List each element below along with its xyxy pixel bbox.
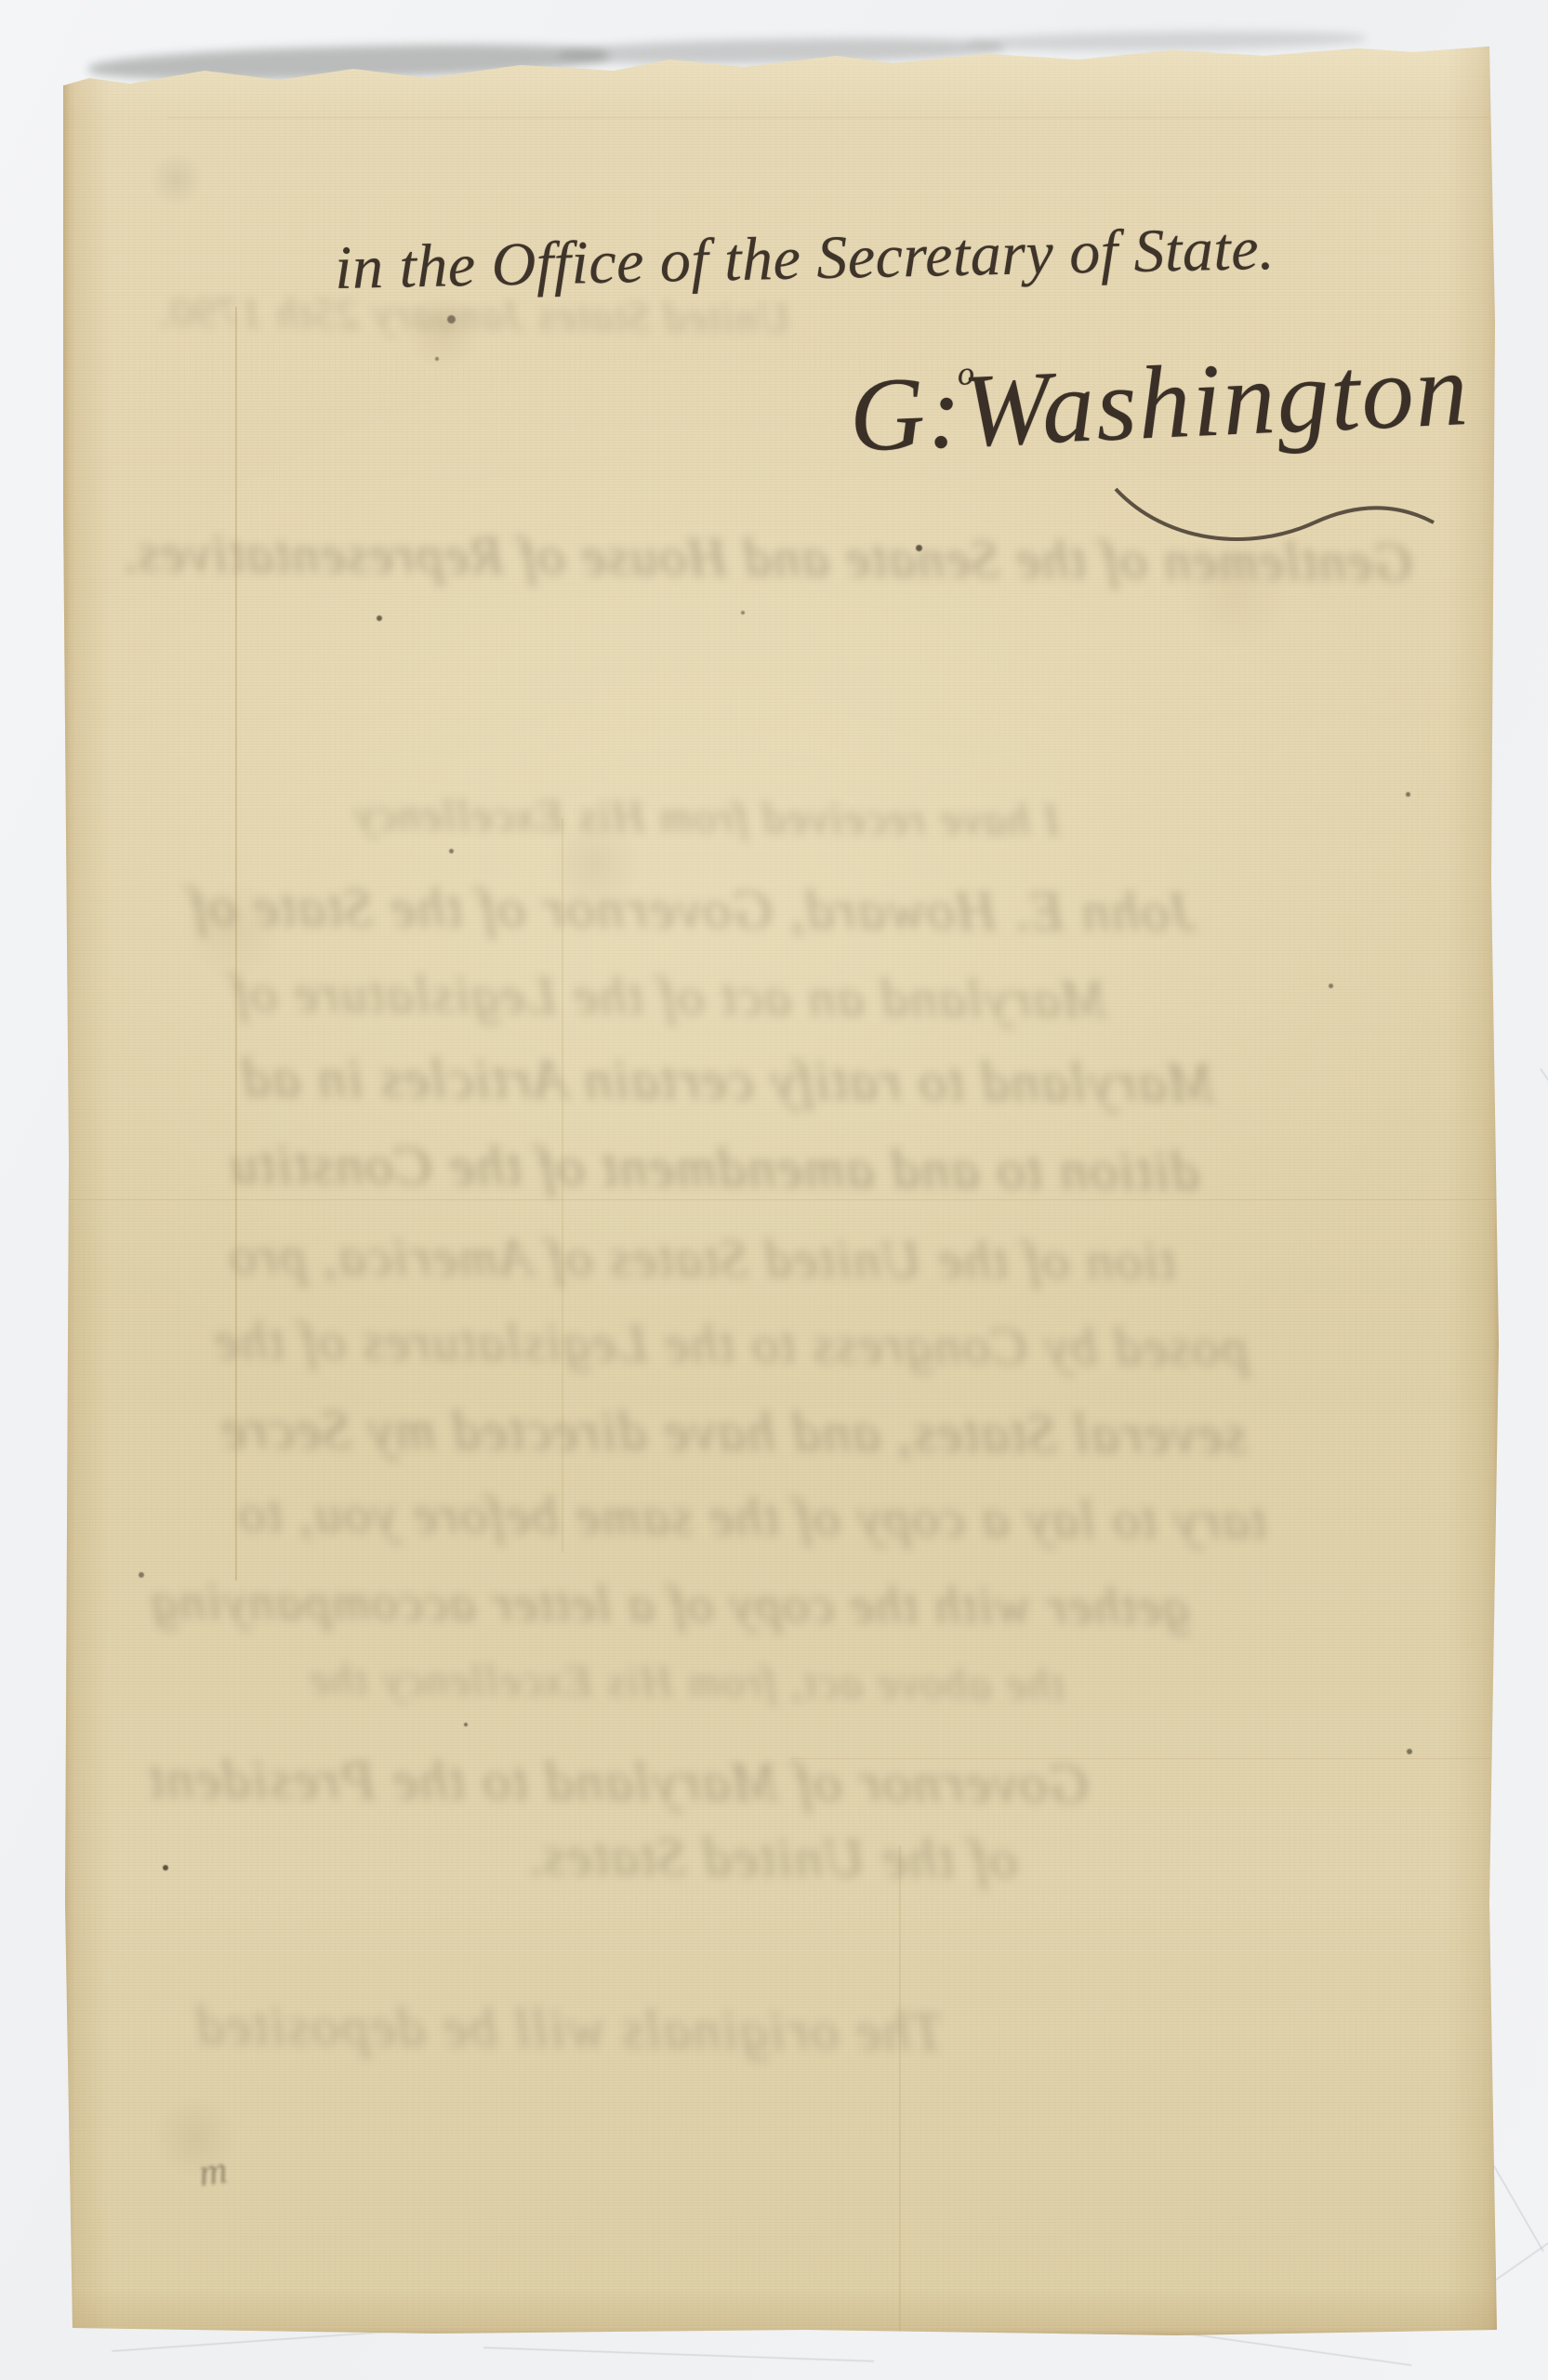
ink-speck (1407, 1749, 1412, 1754)
fold-crease (167, 117, 1488, 119)
ink-speck (1406, 792, 1410, 797)
signature-superscript-o: o (957, 353, 975, 393)
bleedthrough-line: posed by Congress to the Legislatures of… (117, 1308, 1344, 1379)
washington-signature: G:Washington o (847, 330, 1472, 477)
ink-speck (163, 1865, 168, 1871)
ink-speck (916, 545, 922, 551)
bleedthrough-line: the above act, from His Excellency the (277, 1654, 1095, 1711)
backing-crinkle (112, 2332, 390, 2352)
paper-stain (149, 152, 205, 207)
endorsement-line: in the Office of the Secretary of State. (334, 210, 1450, 304)
bleedthrough-line: dition to and amendment of the Constitu (110, 1131, 1318, 1204)
fold-crease (61, 1199, 1501, 1201)
ink-speck (435, 357, 439, 361)
fold-crease (235, 307, 237, 1580)
bleedthrough-line: Maryland to ratify certain Articles in a… (110, 1046, 1346, 1117)
bleedthrough-line: tion of the United States of America, pr… (135, 1224, 1269, 1292)
ink-speck (447, 315, 456, 324)
ink-speck (449, 849, 454, 853)
fold-crease (790, 1758, 1501, 1760)
ink-speck (139, 1572, 144, 1578)
bleedthrough-line: I have received from His Excellency (372, 789, 1060, 846)
backing-crinkle (1540, 1068, 1548, 1229)
bleedthrough-line: tary to lay a copy of the same before yo… (108, 1481, 1396, 1553)
bleedthrough-line: John E. Howard, Governor of the State of (112, 875, 1274, 945)
torn-edge-fibers (967, 29, 1367, 53)
signature-flourish (1110, 463, 1445, 556)
fold-crease (899, 1845, 901, 2334)
bleedthrough-line: gether with the copy of a letter accompa… (74, 1572, 1264, 1638)
bleedthrough-line: of the United States. (470, 1824, 1074, 1893)
bleedthrough-line: Maryland an act of the Legislature of (135, 961, 1204, 1031)
bleedthrough-line: The originals will be deposited (112, 1993, 1028, 2066)
fold-crease (562, 818, 563, 1553)
ink-speck (464, 1723, 468, 1726)
bleedthrough-line: several States, and have directed my Sec… (108, 1396, 1358, 1467)
ink-speck (1329, 984, 1333, 988)
backing-crinkle (483, 2347, 874, 2362)
document-page: United States January 25th 1790.Gentleme… (61, 43, 1501, 2337)
ink-speck (377, 615, 382, 621)
signature-text: G:Washington (847, 332, 1472, 474)
scan-background: United States January 25th 1790.Gentleme… (0, 0, 1548, 2380)
pencil-mark: m (196, 2148, 233, 2196)
ink-speck (741, 611, 745, 615)
